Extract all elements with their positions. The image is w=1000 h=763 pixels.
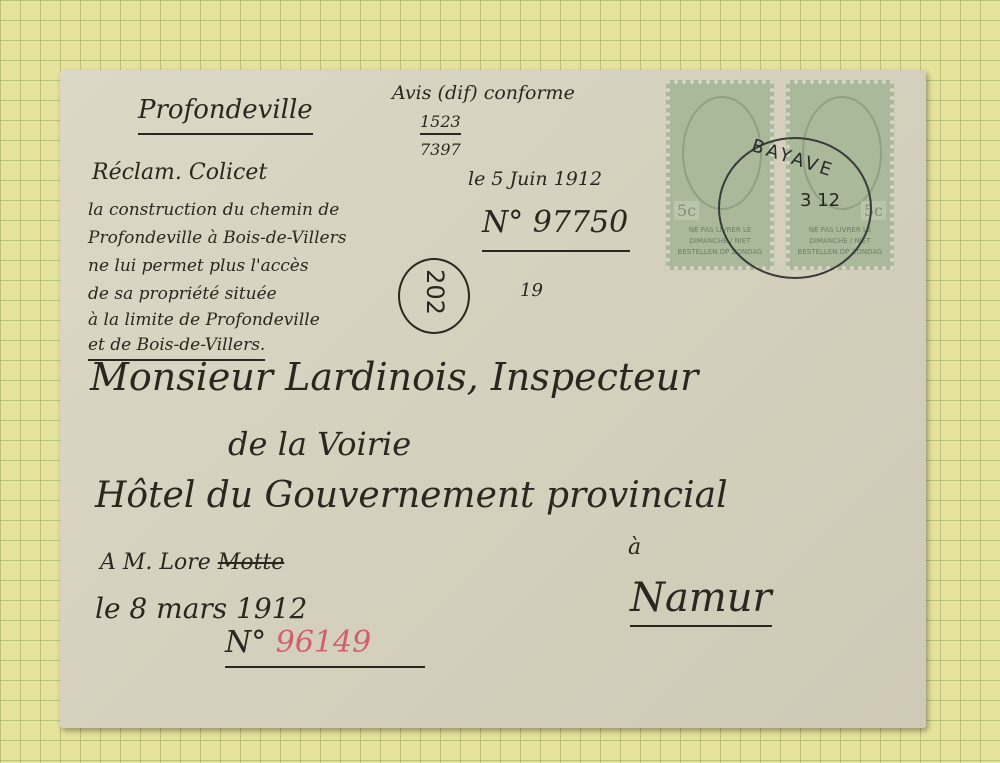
note-line: Réclam. Colicet	[92, 160, 267, 185]
address-line: Namur	[630, 575, 772, 627]
stamp-value: 5c	[674, 201, 699, 220]
avis-text: Avis (dif) conforme	[392, 82, 575, 104]
note-line: la construction du chemin de	[88, 200, 339, 220]
note-line: ne lui permet plus l'accès	[88, 256, 309, 276]
circle-stamp: 202	[398, 258, 470, 334]
postmark-date: 3 12	[800, 190, 840, 211]
forward-date: le 8 mars 1912	[95, 592, 307, 625]
address-line: Hôtel du Gouvernement provincial	[95, 475, 728, 516]
address-line: de la Voirie	[228, 425, 411, 463]
address-line: Monsieur Lardinois, Inspecteur	[90, 355, 698, 399]
address-line: à	[628, 535, 641, 560]
note-line: à la limite de Profondeville	[88, 310, 320, 330]
fraction-top: 1523	[420, 112, 461, 135]
circle-stamp-value: 202	[421, 269, 449, 315]
note-title: Profondeville	[138, 95, 313, 135]
note-line: Profondeville à Bois-de-Villers	[88, 228, 346, 248]
reply-date: le 5 Juin 1912	[468, 168, 602, 190]
fraction-bottom: 7397	[420, 140, 461, 159]
reply-number: N° 97750	[482, 205, 630, 252]
forward-recipient: A M. Lore	[100, 550, 211, 575]
number-prefix: N°	[225, 625, 266, 660]
forward-note: A M. Lore Motte	[100, 550, 284, 575]
struck-name: Motte	[218, 550, 284, 575]
forward-number: N° 96149	[225, 625, 425, 668]
mark-19: 19	[520, 280, 543, 301]
note-line: de sa propriété située	[88, 284, 277, 304]
red-number: 96149	[276, 625, 371, 660]
